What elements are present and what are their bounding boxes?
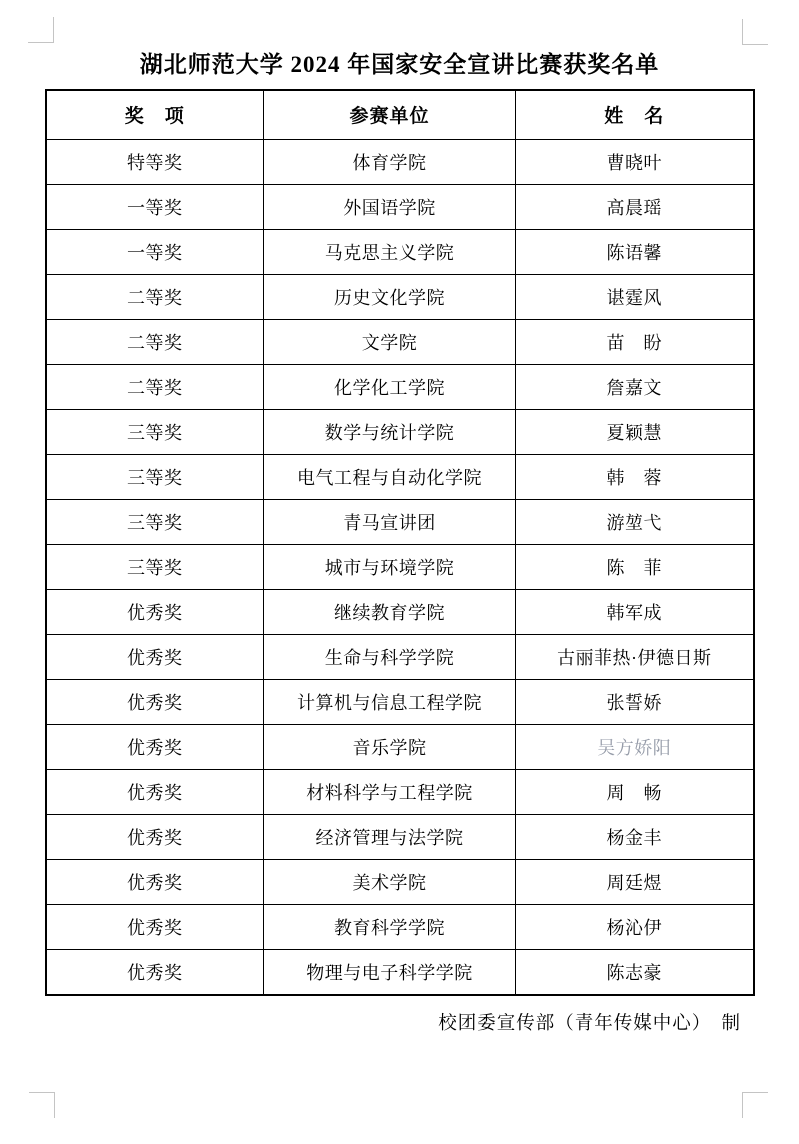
awards-table: 奖 项 参赛单位 姓 名 特等奖 体育学院 曹晓叶 一等奖 外国语学院 高晨瑶 … [45, 89, 755, 996]
table-row: 一等奖 马克思主义学院 陈语馨 [46, 229, 754, 274]
award-cell: 三等奖 [46, 454, 264, 499]
name-cell: 高晨瑶 [516, 184, 754, 229]
table-row: 一等奖 外国语学院 高晨瑶 [46, 184, 754, 229]
table-row: 优秀奖 生命与科学学院 古丽菲热·伊德日斯 [46, 634, 754, 679]
awards-table-body: 特等奖 体育学院 曹晓叶 一等奖 外国语学院 高晨瑶 一等奖 马克思主义学院 陈… [46, 139, 754, 995]
name-cell: 周 畅 [516, 769, 754, 814]
unit-cell: 计算机与信息工程学院 [264, 679, 516, 724]
margin-mark-top-right [742, 19, 768, 45]
unit-cell: 文学院 [264, 319, 516, 364]
name-cell: 夏颖慧 [516, 409, 754, 454]
unit-cell: 教育科学学院 [264, 904, 516, 949]
award-cell: 优秀奖 [46, 949, 264, 995]
document-page: 湖北师范大学 2024 年国家安全宣讲比赛获奖名单 奖 项 参赛单位 姓 名 特… [0, 0, 799, 1144]
unit-cell: 物理与电子科学学院 [264, 949, 516, 995]
unit-cell: 电气工程与自动化学院 [264, 454, 516, 499]
award-cell: 优秀奖 [46, 589, 264, 634]
table-row: 二等奖 历史文化学院 谌霆风 [46, 274, 754, 319]
table-row: 优秀奖 经济管理与法学院 杨金丰 [46, 814, 754, 859]
table-row: 优秀奖 物理与电子科学学院 陈志豪 [46, 949, 754, 995]
awards-table-header: 奖 项 参赛单位 姓 名 [46, 90, 754, 140]
name-cell: 韩 蓉 [516, 454, 754, 499]
table-row: 二等奖 化学化工学院 詹嘉文 [46, 364, 754, 409]
unit-cell: 城市与环境学院 [264, 544, 516, 589]
award-cell: 二等奖 [46, 274, 264, 319]
unit-cell: 材料科学与工程学院 [264, 769, 516, 814]
name-cell: 游堃弋 [516, 499, 754, 544]
name-cell: 杨沁伊 [516, 904, 754, 949]
award-cell: 优秀奖 [46, 769, 264, 814]
award-cell: 二等奖 [46, 364, 264, 409]
unit-cell: 数学与统计学院 [264, 409, 516, 454]
margin-mark-top-left [28, 17, 54, 43]
unit-cell: 继续教育学院 [264, 589, 516, 634]
award-cell: 一等奖 [46, 184, 264, 229]
name-cell: 曹晓叶 [516, 139, 754, 184]
margin-mark-bottom-left [29, 1092, 55, 1118]
unit-cell: 化学化工学院 [264, 364, 516, 409]
award-cell: 优秀奖 [46, 724, 264, 769]
unit-cell: 外国语学院 [264, 184, 516, 229]
table-row: 三等奖 城市与环境学院 陈 菲 [46, 544, 754, 589]
name-cell: 詹嘉文 [516, 364, 754, 409]
header-row: 奖 项 参赛单位 姓 名 [46, 90, 754, 140]
unit-cell: 马克思主义学院 [264, 229, 516, 274]
unit-cell: 美术学院 [264, 859, 516, 904]
table-row: 优秀奖 继续教育学院 韩军成 [46, 589, 754, 634]
table-row: 特等奖 体育学院 曹晓叶 [46, 139, 754, 184]
table-row: 二等奖 文学院 苗 盼 [46, 319, 754, 364]
table-row: 三等奖 数学与统计学院 夏颖慧 [46, 409, 754, 454]
name-cell: 张誓娇 [516, 679, 754, 724]
award-cell: 三等奖 [46, 544, 264, 589]
name-cell: 陈 菲 [516, 544, 754, 589]
table-row: 三等奖 电气工程与自动化学院 韩 蓉 [46, 454, 754, 499]
unit-cell: 青马宣讲团 [264, 499, 516, 544]
award-cell: 优秀奖 [46, 679, 264, 724]
award-cell: 二等奖 [46, 319, 264, 364]
unit-cell: 历史文化学院 [264, 274, 516, 319]
table-row: 三等奖 青马宣讲团 游堃弋 [46, 499, 754, 544]
name-cell: 古丽菲热·伊德日斯 [516, 634, 754, 679]
award-cell: 三等奖 [46, 499, 264, 544]
award-cell: 优秀奖 [46, 904, 264, 949]
name-cell: 周廷煜 [516, 859, 754, 904]
table-row: 优秀奖 材料科学与工程学院 周 畅 [46, 769, 754, 814]
name-cell: 陈志豪 [516, 949, 754, 995]
name-cell: 谌霆风 [516, 274, 754, 319]
column-header-name: 姓 名 [516, 90, 754, 140]
column-header-award: 奖 项 [46, 90, 264, 140]
award-cell: 三等奖 [46, 409, 264, 454]
award-cell: 优秀奖 [46, 859, 264, 904]
document-title: 湖北师范大学 2024 年国家安全宣讲比赛获奖名单 [0, 0, 799, 80]
footer-credit: 校团委宣传部（青年传媒中心） 制 [0, 1009, 799, 1035]
table-row: 优秀奖 美术学院 周廷煜 [46, 859, 754, 904]
name-cell: 陈语馨 [516, 229, 754, 274]
award-cell: 优秀奖 [46, 814, 264, 859]
unit-cell: 音乐学院 [264, 724, 516, 769]
award-cell: 一等奖 [46, 229, 264, 274]
award-cell: 优秀奖 [46, 634, 264, 679]
unit-cell: 体育学院 [264, 139, 516, 184]
table-row: 优秀奖 计算机与信息工程学院 张誓娇 [46, 679, 754, 724]
unit-cell: 生命与科学学院 [264, 634, 516, 679]
unit-cell: 经济管理与法学院 [264, 814, 516, 859]
margin-mark-bottom-right [742, 1092, 768, 1118]
table-row: 优秀奖 教育科学学院 杨沁伊 [46, 904, 754, 949]
column-header-unit: 参赛单位 [264, 90, 516, 140]
name-cell: 吴方娇阳 [516, 724, 754, 769]
award-cell: 特等奖 [46, 139, 264, 184]
table-row: 优秀奖 音乐学院 吴方娇阳 [46, 724, 754, 769]
name-cell: 杨金丰 [516, 814, 754, 859]
name-cell: 苗 盼 [516, 319, 754, 364]
name-cell: 韩军成 [516, 589, 754, 634]
